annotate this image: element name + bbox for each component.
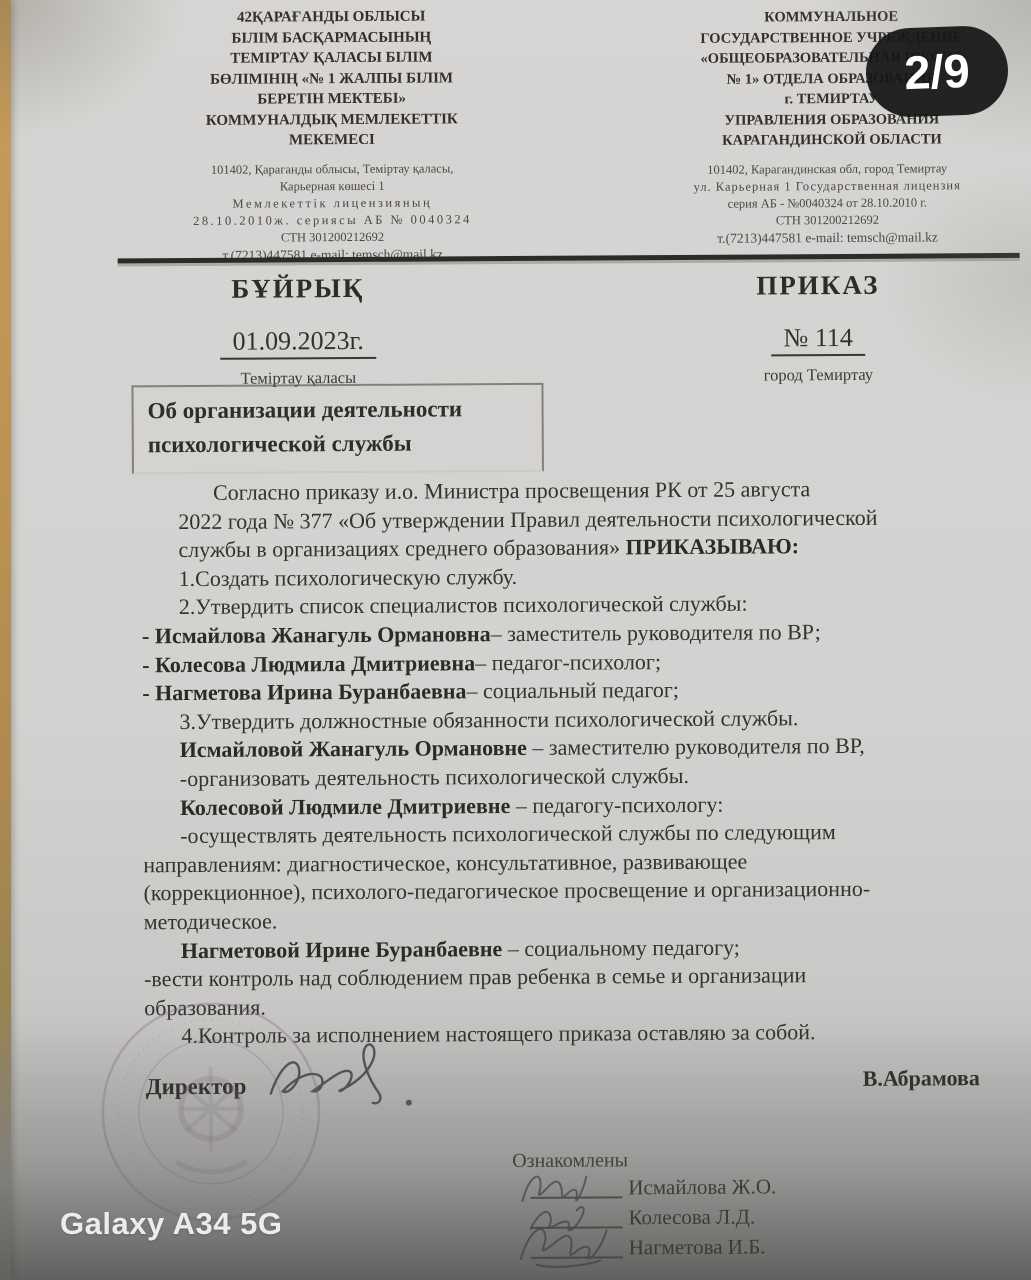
order-block-ru: ПРИКАЗ № 114 город Темиртау <box>718 270 919 386</box>
org-line: БІЛІМ БАСҚАРМАСЫНЫҢ <box>126 26 536 49</box>
body-text: - Исмайлова Жанагуль Ормановна <box>142 621 491 648</box>
document-page: 42ҚАРАҒАНДЫ ОБЛЫСЫБІЛІМ БАСҚАРМАСЫНЫҢТЕМ… <box>0 0 1031 1280</box>
org-name-kk: 42ҚАРАҒАНДЫ ОБЛЫСЫБІЛІМ БАСҚАРМАСЫНЫҢТЕМ… <box>126 6 537 152</box>
org-line: ТЕМІРТАУ ҚАЛАСЫ БІЛІМ <box>126 47 536 70</box>
body-text: Исмайловой Жанагуль Ормановне <box>180 735 527 762</box>
org-line: БӨЛІМІНІҢ «№ 1 ЖАЛПЫ БІЛІМ <box>127 67 537 90</box>
body-text: Нагметовой Ирине Буранбаевне <box>181 936 503 963</box>
order-number: № 114 <box>771 323 865 357</box>
order-date: 01.09.2023г. <box>220 326 375 360</box>
order-block-kk: БҰЙРЫҚ 01.09.2023г. Теміртау қаласы <box>198 273 399 389</box>
page-counter-badge: 2/9 <box>864 25 1009 119</box>
body-text: Согласно приказу и.о. Министра просвещен… <box>213 476 810 505</box>
org-line: БЕРЕТІН МЕКТЕБІ» <box>127 88 537 111</box>
body-text: -организовать деятельность психологическ… <box>180 763 689 791</box>
body-text: ПРИКАЗЫВАЮ: <box>626 533 800 559</box>
org-line: 42ҚАРАҒАНДЫ ОБЛЫСЫ <box>126 6 536 29</box>
body-text: 3.Утвердить должностные обязанности псих… <box>179 705 798 734</box>
order-city-ru: город Темиртау <box>718 365 918 386</box>
body-text: -осуществлять деятельность психологическ… <box>180 819 836 848</box>
body-text: – педагог-психолог; <box>475 649 661 675</box>
body-text: 2.Утвердить список специалистов психолог… <box>179 591 748 619</box>
director-name: В.Абрамова <box>863 1065 980 1092</box>
person-name: Нагметова И.Б. <box>629 1234 766 1260</box>
acknowledgement-block: Ознакомлены Исмайлова Ж.О. Колесова Л.Д.… <box>508 1147 939 1263</box>
body-text: – заместитель руководителя по ВР; <box>491 619 821 646</box>
org-line: КАРАГАНДИНСКОЙ ОБЛАСТИ <box>632 129 1031 152</box>
body-text: -вести контроль над соблюдением прав реб… <box>144 962 806 991</box>
person-name: Колесова Л.Д. <box>628 1205 755 1231</box>
official-stamp <box>95 996 326 1227</box>
order-body: Согласно приказу и.о. Министра просвещен… <box>141 474 1028 1051</box>
body-text: 1.Создать психологическую службу. <box>179 564 518 591</box>
page-counter-text: 2/9 <box>903 43 970 100</box>
subject-line: психологической службы <box>148 426 530 462</box>
order-title-kk: БҰЙРЫҚ <box>198 273 398 305</box>
body-text: направлениям: диагностическое, консульта… <box>143 848 747 877</box>
org-line: КОММУНАЛДЫҚ МЕМЛЕКЕТТІК <box>127 108 537 131</box>
contacts-kk: 101402, Қараганды облысы, Теміртау қалас… <box>127 160 538 265</box>
order-title-ru: ПРИКАЗ <box>718 270 918 302</box>
body-text: – педагогу-психологу: <box>510 791 723 817</box>
contact-line: т.(7213)447581 e-mail: temsch@mail.kz <box>627 228 1027 247</box>
body-text: – заместителю руководителя по ВР, <box>527 733 865 760</box>
body-text: службы в организациях среднего образован… <box>178 535 625 563</box>
body-text: – социальному педагогу; <box>502 934 740 960</box>
signature-scribble <box>517 1214 627 1269</box>
body-text: 2022 года № 377 «Об утверждении Правил д… <box>178 504 877 533</box>
subject-line: Об организации деятельности <box>147 392 529 428</box>
org-line: КОММУНАЛЬНОЕ <box>631 6 1031 29</box>
subject-box: Об организации деятельности психологичес… <box>131 383 544 475</box>
device-watermark: Galaxy A34 5G <box>60 1206 283 1242</box>
org-line: МЕКЕМЕСІ <box>127 129 537 152</box>
body-text: (коррекционное), психолого-педагогическо… <box>143 876 870 905</box>
contacts-ru: 101402, Карагандинская обл, город Темирт… <box>627 160 1028 247</box>
body-text: – социальный педагог; <box>466 677 679 703</box>
acknowledgement-row: Нагметова И.Б. <box>509 1230 939 1263</box>
body-text: - Колесова Людмила Дмитриевна <box>142 650 475 677</box>
body-text: - Нагметова Ирина Буранбаевна <box>142 678 466 705</box>
person-name: Исмайлова Ж.О. <box>628 1174 776 1200</box>
body-text: Колесовой Людмиле Дмитриевне <box>180 793 510 820</box>
body-text: методическое. <box>144 908 278 934</box>
